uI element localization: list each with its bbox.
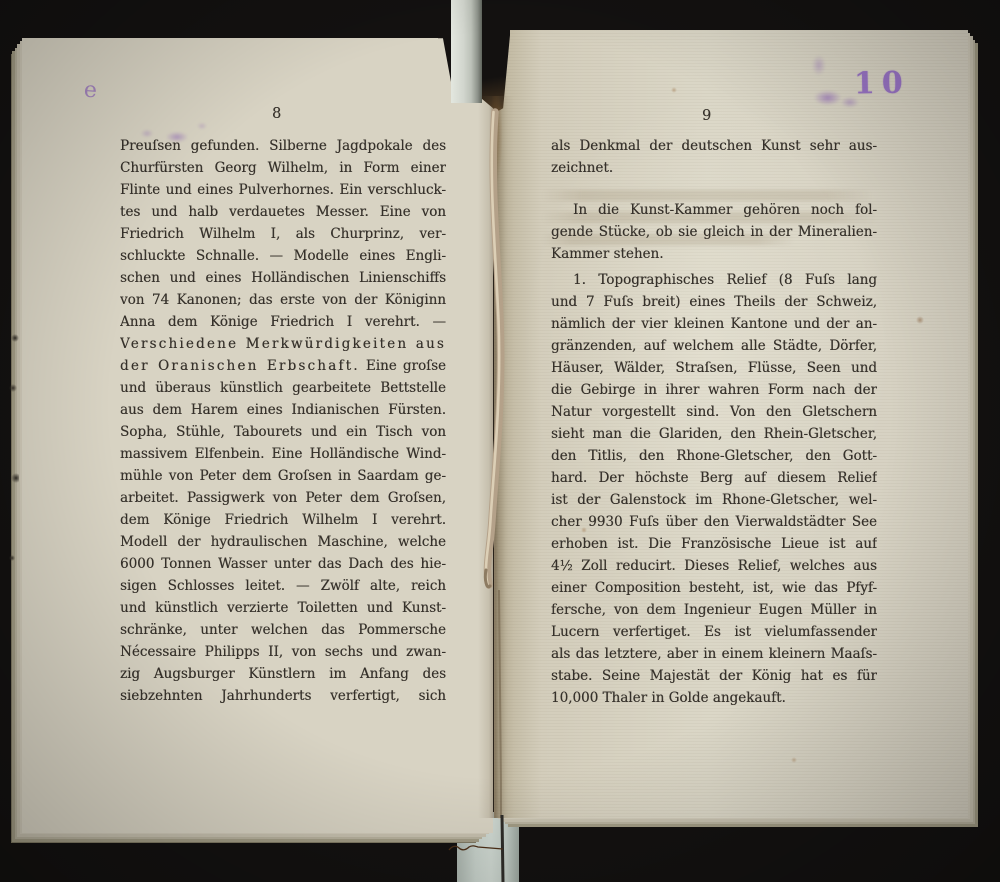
text-line: massivem Elfenbein. Eine Holländische Wi… bbox=[120, 443, 446, 465]
text-line: die Gebirge in ihrer wahren Form nach de… bbox=[551, 379, 877, 401]
text-line: Preuſsen gefunden. Silberne Jagdpokale d… bbox=[120, 135, 446, 157]
text-line: 1. Topographisches Relief (8 Fuſs lang bbox=[551, 269, 877, 291]
text-line: als Denkmal der deutschen Kunst sehr aus… bbox=[551, 135, 877, 157]
text-line: hard. Der höchste Berg auf diesem Relief bbox=[551, 467, 877, 489]
text-line: 4½ Zoll reducirt. Dieses Relief, welches… bbox=[551, 555, 877, 577]
text-line: erhoben ist. Die Französische Lieue ist … bbox=[551, 533, 877, 555]
text-line: Nécessaire Philipps II, von sechs und zw… bbox=[120, 641, 446, 663]
text-line: gende Stücke, ob sie gleich in der Miner… bbox=[551, 221, 877, 243]
text-line: ist der Galenstock im Rhone-Gletscher, w… bbox=[551, 489, 877, 511]
text-line: In die Kunst-Kammer gehören noch fol- bbox=[551, 199, 877, 221]
text-line: schluckte Schnalle. — Modelle eines Engl… bbox=[120, 245, 446, 267]
text-line: stabe. Seine Majestät der König hat es f… bbox=[551, 665, 877, 687]
text-line: Anna dem Könige Friedrich I verehrt. — bbox=[120, 311, 446, 333]
page-number-left: 8 bbox=[272, 106, 281, 122]
text-line: von 74 Kanonen; das erste von der Königi… bbox=[120, 289, 446, 311]
text-line: Lucern verfertiget. Es ist vielumfassend… bbox=[551, 621, 877, 643]
text-line: fersche, von dem Ingenieur Eugen Müller … bbox=[551, 599, 877, 621]
paragraph: In die Kunst-Kammer gehören noch fol-gen… bbox=[551, 199, 877, 265]
text-line: Natur vorgestellt sind. Von den Gletsche… bbox=[551, 401, 877, 423]
text-line: Sopha, Stühle, Tabourets und ein Tisch v… bbox=[120, 421, 446, 443]
book-page-right: 10 9 als Denkmal der deutschen Kunst seh… bbox=[494, 30, 968, 818]
page-text-left: Preuſsen gefunden. Silberne Jagdpokale d… bbox=[120, 135, 446, 707]
text-line: Kammer stehen. bbox=[551, 243, 877, 265]
text-line: 6000 Tonnen Wasser unter das Dach des hi… bbox=[120, 553, 446, 575]
text-line: sieht man die Glariden, den Rhein-Gletsc… bbox=[551, 423, 877, 445]
text-line: cher 9930 Fuſs über den Vierwaldstädter … bbox=[551, 511, 877, 533]
text-line: und künstlich verzierte Toiletten und Ku… bbox=[120, 597, 446, 619]
text-line: schränke, unter welchen das Pommersche bbox=[120, 619, 446, 641]
text-line: gränzenden, auf welchem alle Städte, Dör… bbox=[551, 335, 877, 357]
text-line: Modell der hydraulischen Maschine, welch… bbox=[120, 531, 446, 553]
text-line: einer Composition besteht, ist, wie das … bbox=[551, 577, 877, 599]
text-line: als das letztere, aber in einem kleinern… bbox=[551, 643, 877, 665]
text-line: der Oranischen Erbschaft. Eine groſse bbox=[120, 355, 446, 377]
text-line: schen und eines Holländischen Linienschi… bbox=[120, 267, 446, 289]
text-line: aus dem Harem eines Indianischen Fürsten… bbox=[120, 399, 446, 421]
text-line: sigen Schlosses leitet. — Zwölf alte, re… bbox=[120, 575, 446, 597]
text-line: arbeitet. Passigwerk von Peter dem Groſs… bbox=[120, 487, 446, 509]
text-line: zig Augsburger Künstlern im Anfang des bbox=[120, 663, 446, 685]
text-line: Friedrich Wilhelm I, als Churprinz, ver- bbox=[120, 223, 446, 245]
text-line: Churfürsten Georg Wilhelm, in Form einer bbox=[120, 157, 446, 179]
text-line: 10,000 Thaler in Golde angekauft. bbox=[551, 687, 877, 709]
text-line: siebzehnten Jahrhunderts verfertigt, sic… bbox=[120, 685, 446, 707]
purple-corner-mark: e bbox=[83, 78, 98, 104]
text-line: Verschiedene Merkwürdigkeiten aus bbox=[120, 333, 446, 355]
text-line: dem Könige Friedrich Wilhelm I verehrt. bbox=[120, 509, 446, 531]
text-line: Flinte und eines Pulverhornes. Ein versc… bbox=[120, 179, 446, 201]
book-page-left: e 8 Preuſsen gefunden. Silberne Jagdpoka… bbox=[22, 38, 493, 833]
open-book-photograph: e 8 Preuſsen gefunden. Silberne Jagdpoka… bbox=[0, 0, 1000, 882]
text-line: und 7 Fuſs breit) eines Theils der Schwe… bbox=[551, 291, 877, 313]
paragraph: 1. Topographisches Relief (8 Fuſs langun… bbox=[551, 269, 877, 709]
text-line: mühle von Peter dem Groſsen in Saardam g… bbox=[120, 465, 446, 487]
stamp-number: 10 bbox=[854, 66, 910, 102]
page-number-right: 9 bbox=[702, 108, 711, 124]
text-line: den Titlis, den Rhone-Gletscher, den Got… bbox=[551, 445, 877, 467]
text-line: Häuser, Wälder, Straſsen, Flüsse, Seen u… bbox=[551, 357, 877, 379]
text-line: nämlich der vier kleinen Kantone und der… bbox=[551, 313, 877, 335]
page-text-right: als Denkmal der deutschen Kunst sehr aus… bbox=[551, 135, 877, 709]
book-stand-post-top bbox=[451, 0, 482, 103]
text-line: zeichnet. bbox=[551, 157, 877, 179]
paragraph: als Denkmal der deutschen Kunst sehr aus… bbox=[551, 135, 877, 179]
text-line: tes und halb verdauetes Messer. Eine von bbox=[120, 201, 446, 223]
text-line: und überaus künstlich gearbeitete Bettst… bbox=[120, 377, 446, 399]
